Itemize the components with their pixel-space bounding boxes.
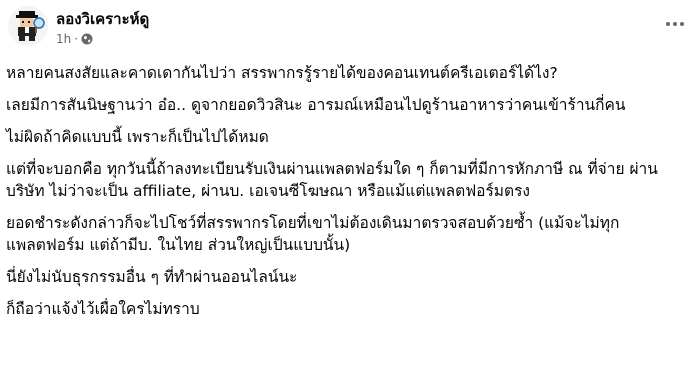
post-paragraph: นี่ยังไม่นับธุรกรรมอื่น ๆ ที่ทำผ่านออนไล…	[6, 266, 694, 288]
post-header: ลองวิเคราะห์ดู 1h ·	[0, 0, 700, 56]
author-name[interactable]: ลองวิเคราะห์ดู	[56, 7, 149, 31]
avatar[interactable]	[8, 6, 48, 46]
more-options-button[interactable]	[660, 14, 690, 34]
detective-character-icon	[8, 6, 48, 46]
post-meta: 1h ·	[56, 32, 93, 46]
post-paragraph: แต่ที่จะบอกคือ ทุกวันนี้ถ้าลงทะเบียนรับเ…	[6, 158, 694, 202]
post-paragraph: ยอดชำระดังกล่าวก็จะไปโชว์ที่สรรพากรโดยที…	[6, 212, 694, 256]
post-paragraph: เลยมีการสันนิษฐานว่า อ๋อ.. ดูจากยอดวิวสิ…	[6, 94, 694, 116]
globe-icon[interactable]	[81, 33, 93, 45]
more-dot-icon	[680, 22, 684, 26]
more-dot-icon	[666, 22, 670, 26]
post-paragraph: ก็ถือว่าแจ้งไว้เผื่อใครไม่ทราบ	[6, 298, 694, 320]
meta-separator: ·	[74, 32, 78, 46]
post-body: หลายคนสงสัยและคาดเดากันไปว่า สรรพากรรู้ร…	[6, 62, 694, 330]
timestamp[interactable]: 1h	[56, 32, 71, 46]
post-paragraph: ไม่ผิดถ้าคิดแบบนี้ เพราะก็เป็นไปได้หมด	[6, 126, 694, 148]
post-paragraph: หลายคนสงสัยและคาดเดากันไปว่า สรรพากรรู้ร…	[6, 62, 694, 84]
more-dot-icon	[673, 22, 677, 26]
